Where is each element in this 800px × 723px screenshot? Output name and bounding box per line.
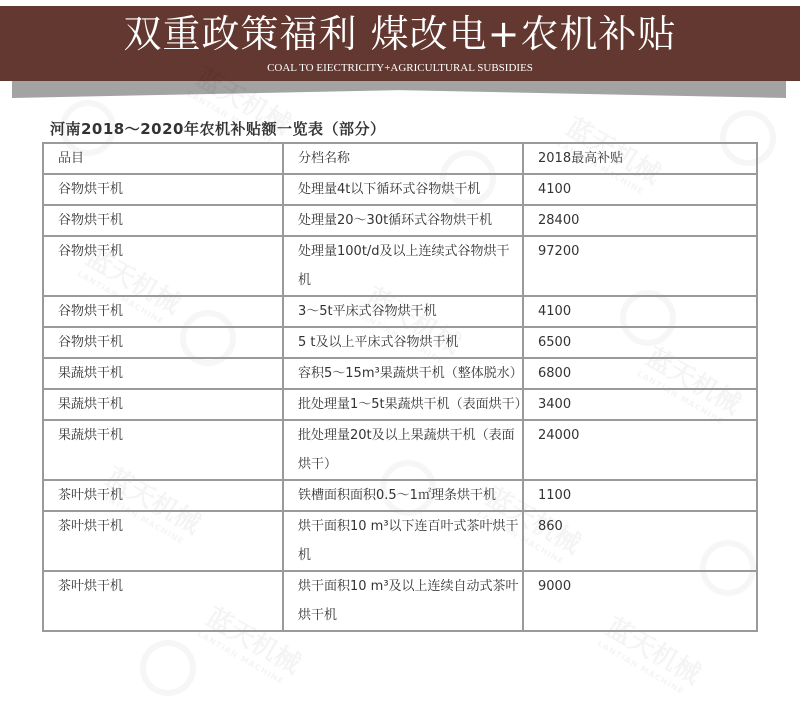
table-row: 果蔬烘干机 批处理量20t及以上果蔬烘干机（表面烘干） 24000	[43, 420, 757, 480]
cell-grade: 容积5～15m³果蔬烘干机（整体脱水）	[283, 358, 523, 389]
cell-item: 茶叶烘干机	[43, 571, 283, 631]
cell-subsidy: 28400	[523, 205, 757, 236]
table-row: 谷物烘干机 3～5t平床式谷物烘干机 4100	[43, 296, 757, 327]
cell-subsidy: 6500	[523, 327, 757, 358]
cell-grade: 烘干面积10 m³以下连百叶式茶叶烘干机	[283, 511, 523, 571]
header-subsidy: 2018最高补贴	[523, 143, 757, 174]
table-row: 茶叶烘干机 烘干面积10 m³以下连百叶式茶叶烘干机 860	[43, 511, 757, 571]
table-row: 茶叶烘干机 铁槽面积面积0.5～1㎡理条烘干机 1100	[43, 480, 757, 511]
header-grade: 分档名称	[283, 143, 523, 174]
cell-item: 谷物烘干机	[43, 236, 283, 296]
cell-item: 谷物烘干机	[43, 205, 283, 236]
table-row: 谷物烘干机 处理量100t/d及以上连续式谷物烘干机 97200	[43, 236, 757, 296]
table-caption: 河南2018～2020年农机补贴额一览表（部分）	[50, 118, 386, 139]
cell-grade: 处理量20～30t循环式谷物烘干机	[283, 205, 523, 236]
cell-item: 果蔬烘干机	[43, 358, 283, 389]
cell-subsidy: 4100	[523, 296, 757, 327]
cell-subsidy: 6800	[523, 358, 757, 389]
table-header-row: 品目 分档名称 2018最高补贴	[43, 143, 757, 174]
cell-grade: 铁槽面积面积0.5～1㎡理条烘干机	[283, 480, 523, 511]
cell-grade: 5 t及以上平床式谷物烘干机	[283, 327, 523, 358]
cell-grade: 处理量4t以下循环式谷物烘干机	[283, 174, 523, 205]
banner: 双重政策福利 煤改电+农机补贴 COAL TO EIECTRICITY+AGRI…	[0, 6, 800, 81]
banner-subtitle: COAL TO EIECTRICITY+AGRICULTURAL SUBSIDI…	[0, 61, 800, 75]
cell-subsidy: 24000	[523, 420, 757, 480]
cell-item: 茶叶烘干机	[43, 480, 283, 511]
table-row: 谷物烘干机 处理量4t以下循环式谷物烘干机 4100	[43, 174, 757, 205]
table-row: 谷物烘干机 5 t及以上平床式谷物烘干机 6500	[43, 327, 757, 358]
banner-title: 双重政策福利 煤改电+农机补贴	[0, 12, 800, 56]
table-row: 果蔬烘干机 容积5～15m³果蔬烘干机（整体脱水） 6800	[43, 358, 757, 389]
cell-item: 茶叶烘干机	[43, 511, 283, 571]
table-row: 茶叶烘干机 烘干面积10 m³及以上连续自动式茶叶烘干机 9000	[43, 571, 757, 631]
watermark-logo-icon	[140, 640, 196, 696]
cell-grade: 批处理量20t及以上果蔬烘干机（表面烘干）	[283, 420, 523, 480]
cell-item: 谷物烘干机	[43, 296, 283, 327]
cell-item: 谷物烘干机	[43, 174, 283, 205]
cell-subsidy: 4100	[523, 174, 757, 205]
cell-subsidy: 3400	[523, 389, 757, 420]
cell-subsidy: 860	[523, 511, 757, 571]
header-item: 品目	[43, 143, 283, 174]
cell-item: 谷物烘干机	[43, 327, 283, 358]
table-row: 谷物烘干机 处理量20～30t循环式谷物烘干机 28400	[43, 205, 757, 236]
table-row: 果蔬烘干机 批处理量1～5t果蔬烘干机（表面烘干） 3400	[43, 389, 757, 420]
cell-item: 果蔬烘干机	[43, 389, 283, 420]
cell-subsidy: 9000	[523, 571, 757, 631]
cell-grade: 烘干面积10 m³及以上连续自动式茶叶烘干机	[283, 571, 523, 631]
cell-item: 果蔬烘干机	[43, 420, 283, 480]
subsidy-table: 品目 分档名称 2018最高补贴 谷物烘干机 处理量4t以下循环式谷物烘干机 4…	[42, 142, 758, 632]
cell-subsidy: 97200	[523, 236, 757, 296]
cell-grade: 批处理量1～5t果蔬烘干机（表面烘干）	[283, 389, 523, 420]
cell-grade: 3～5t平床式谷物烘干机	[283, 296, 523, 327]
cell-subsidy: 1100	[523, 480, 757, 511]
cell-grade: 处理量100t/d及以上连续式谷物烘干机	[283, 236, 523, 296]
